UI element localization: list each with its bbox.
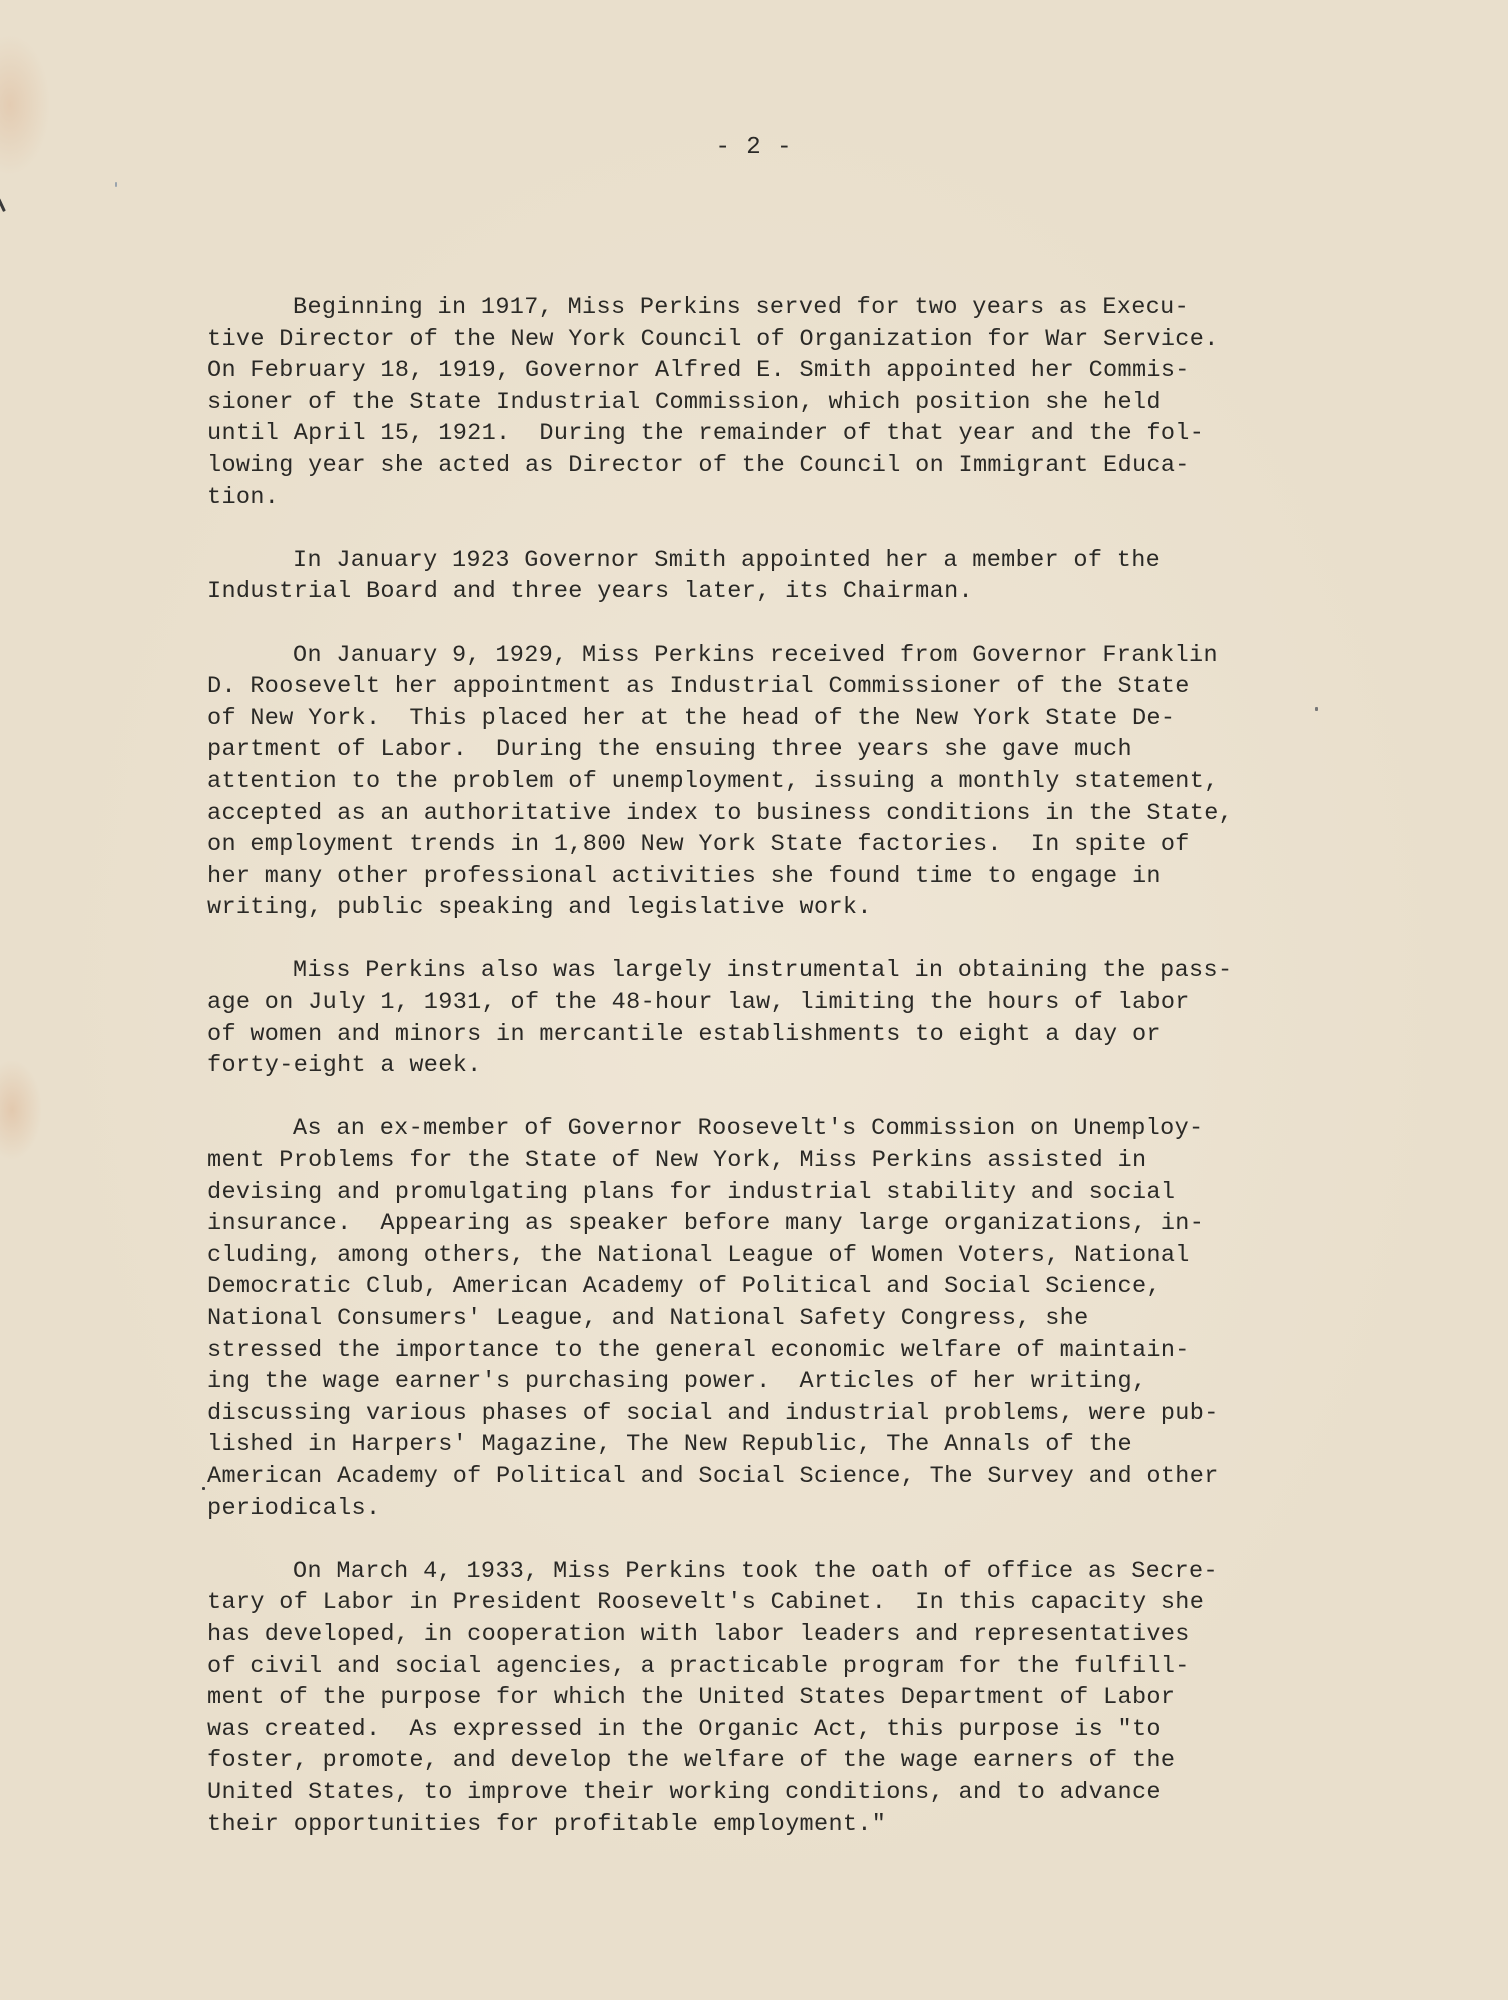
text-line: their opportunities for profitable emplo… — [207, 1809, 1347, 1841]
text-line: periodicals. — [207, 1493, 1347, 1525]
text-line: of civil and social agencies, a practica… — [207, 1651, 1347, 1683]
text-line: of women and minors in mercantile establ… — [207, 1019, 1347, 1051]
paragraph-industrial-board: In January 1923 Governor Smith appointed… — [207, 545, 1347, 608]
text-line: American Academy of Political and Social… — [207, 1461, 1347, 1493]
text-line: D. Roosevelt her appointment as Industri… — [207, 671, 1347, 703]
text-line: As an ex-member of Governor Roosevelt's … — [207, 1113, 1347, 1145]
paragraph-secretary-of-labor: On March 4, 1933, Miss Perkins took the … — [207, 1556, 1347, 1840]
paragraph-career-1917: Beginning in 1917, Miss Perkins served f… — [207, 292, 1347, 513]
text-line: was created. As expressed in the Organic… — [207, 1714, 1347, 1746]
text-line: On March 4, 1933, Miss Perkins took the … — [207, 1556, 1347, 1588]
text-line: accepted as an authoritative index to bu… — [207, 798, 1347, 830]
text-line: On February 18, 1919, Governor Alfred E.… — [207, 355, 1347, 387]
text-line: In January 1923 Governor Smith appointed… — [207, 545, 1347, 577]
text-line: lowing year she acted as Director of the… — [207, 450, 1347, 482]
text-line: on employment trends in 1,800 New York S… — [207, 829, 1347, 861]
text-line: tary of Labor in President Roosevelt's C… — [207, 1587, 1347, 1619]
text-line: lished in Harpers' Magazine, The New Rep… — [207, 1429, 1347, 1461]
text-line: On January 9, 1929, Miss Perkins receive… — [207, 640, 1347, 672]
paragraph-industrial-commissioner: On January 9, 1929, Miss Perkins receive… — [207, 640, 1347, 924]
text-line: her many other professional activities s… — [207, 861, 1347, 893]
text-line: tion. — [207, 482, 1347, 514]
text-line: has developed, in cooperation with labor… — [207, 1619, 1347, 1651]
text-line: age on July 1, 1931, of the 48-hour law,… — [207, 987, 1347, 1019]
text-line: sioner of the State Industrial Commissio… — [207, 387, 1347, 419]
text-line: Miss Perkins also was largely instrument… — [207, 955, 1347, 987]
text-line: Industrial Board and three years later, … — [207, 576, 1347, 608]
text-line: until April 15, 1921. During the remaind… — [207, 418, 1347, 450]
text-line: ment of the purpose for which the United… — [207, 1682, 1347, 1714]
paper-speck — [115, 182, 117, 187]
text-line: foster, promote, and develop the welfare… — [207, 1745, 1347, 1777]
paper-speck — [202, 1487, 205, 1490]
text-line: tive Director of the New York Council of… — [207, 324, 1347, 356]
text-line: of New York. This placed her at the head… — [207, 703, 1347, 735]
document-body: Beginning in 1917, Miss Perkins served f… — [207, 292, 1347, 1872]
text-line: Beginning in 1917, Miss Perkins served f… — [207, 292, 1347, 324]
text-line: forty-eight a week. — [207, 1050, 1347, 1082]
text-line: cluding, among others, the National Leag… — [207, 1240, 1347, 1272]
text-line: stressed the importance to the general e… — [207, 1335, 1347, 1367]
text-line: ing the wage earner's purchasing power. … — [207, 1366, 1347, 1398]
text-line: insurance. Appearing as speaker before m… — [207, 1208, 1347, 1240]
text-line: attention to the problem of unemployment… — [207, 766, 1347, 798]
text-line: United States, to improve their working … — [207, 1777, 1347, 1809]
text-line: writing, public speaking and legislative… — [207, 892, 1347, 924]
text-line: devising and promulgating plans for indu… — [207, 1177, 1347, 1209]
paragraph-48-hour-law: Miss Perkins also was largely instrument… — [207, 955, 1347, 1081]
text-line: discussing various phases of social and … — [207, 1398, 1347, 1430]
paragraph-unemployment-commission: As an ex-member of Governor Roosevelt's … — [207, 1113, 1347, 1524]
text-line: ment Problems for the State of New York,… — [207, 1145, 1347, 1177]
text-line: partment of Labor. During the ensuing th… — [207, 734, 1347, 766]
page-number: - 2 - — [0, 134, 1508, 161]
text-line: Democratic Club, American Academy of Pol… — [207, 1271, 1347, 1303]
text-line: National Consumers' League, and National… — [207, 1303, 1347, 1335]
